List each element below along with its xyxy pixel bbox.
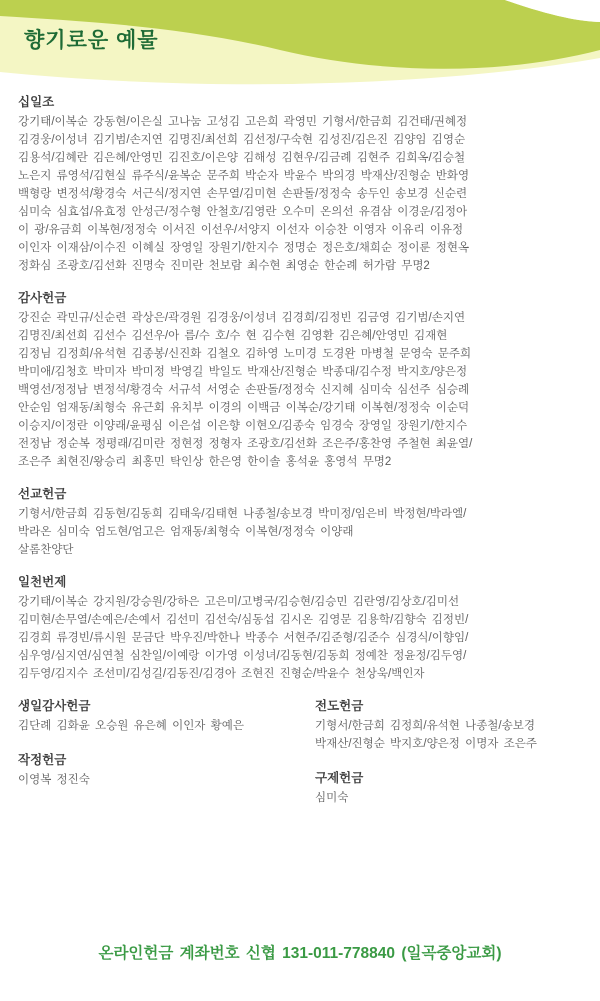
name-line: 이인자 이재삼/이수진 이혜실 장영일 장원기/한지수 정명순 정은호/채희순 … [18,239,582,257]
name-line: 이영복 정진숙 [18,771,315,789]
name-line: 안순임 엄재동/최형숙 유근회 유치부 이경의 이백금 이복순/강기태 이복현/… [18,399,582,417]
section-evangelism: 전도헌금 기형서/한금희 김정희/유석현 나종철/송보경박재산/진형순 박지호/… [315,699,582,753]
name-line: 정화심 조광호/김선화 진명숙 진미란 천보람 최수현 최영순 한순례 허가람 … [18,257,582,275]
bulletin-page: 향기로운 예물 십일조 강기태/이복순 강동현/이은실 고나눔 고성김 고은희 … [0,0,600,1001]
name-line: 조은주 최현진/왕승리 최홍민 탁인상 한은영 한이솔 홍석윤 홍영석 무명2 [18,453,582,471]
section-tithe: 십일조 강기태/이복순 강동현/이은실 고나눔 고성김 고은희 곽영민 기형서/… [18,95,582,275]
name-line: 기형서/한금희 김동현/김동희 김태욱/김태현 나종철/송보경 박미정/임은비 … [18,505,582,523]
name-line: 강기태/이복순 강동현/이은실 고나눔 고성김 고은희 곽영민 기형서/한금희 … [18,113,582,131]
name-line: 전정남 정순복 정평래/김미란 정현정 정형자 조광호/김선화 조은주/홍찬영 … [18,435,582,453]
bottom-two-column-area: 생일감사헌금 김단례 김화윤 오승원 유은혜 이인자 황예은 작정헌금 이영복 … [18,699,582,825]
name-line: 김두영/김지수 조선미/김성길/김동진/김경아 조현진 진형순/박윤수 천상욱/… [18,665,582,683]
name-line: 이승지/이정란 이양래/윤평심 이은섭 이은향 이현오/김종숙 임경숙 장영일 … [18,417,582,435]
name-line: 이 광/유금희 이복현/정정숙 이서진 이선우/서양지 이선자 이승찬 이영자 … [18,221,582,239]
section-thanksgiving-names: 강진순 곽민규/신순련 곽상은/곽경원 김경웅/이성녀 김경희/김정빈 김금영 … [18,309,582,471]
offerings-content: 십일조 강기태/이복순 강동현/이은실 고나눔 고성김 고은희 곽영민 기형서/… [0,95,600,825]
section-thanksgiving: 감사헌금 강진순 곽민규/신순련 곽상은/곽경원 김경웅/이성녀 김경희/김정빈… [18,291,582,471]
name-line: 심미숙 심효섭/유효정 안성근/정수형 안철호/김영란 오수미 온의선 유겸삼 … [18,203,582,221]
name-line: 김명진/최선희 김선수 김선우/아 름/수 호/수 현 김수현 김영환 김은혜/… [18,327,582,345]
section-mission-names: 기형서/한금희 김동현/김동희 김태욱/김태현 나종철/송보경 박미정/임은비 … [18,505,582,559]
name-line: 강진순 곽민규/신순련 곽상은/곽경원 김경웅/이성녀 김경희/김정빈 김금영 … [18,309,582,327]
section-pledge-names: 이영복 정진숙 [18,771,315,789]
section-thanksgiving-label: 감사헌금 [18,291,582,306]
section-evangelism-names: 기형서/한금희 김정희/유석현 나종철/송보경박재산/진형순 박지호/양은정 이… [315,717,582,753]
section-tithe-names: 강기태/이복순 강동현/이은실 고나눔 고성김 고은희 곽영민 기형서/한금희 … [18,113,582,275]
section-relief-names: 심미숙 [315,789,582,807]
name-line: 백형랑 변정석/황경숙 서근식/정지연 손무열/김미현 손판돌/정정숙 송두인 … [18,185,582,203]
page-title: 향기로운 예물 [24,24,159,54]
section-evangelism-label: 전도헌금 [315,699,582,714]
name-line: 박재산/진형순 박지호/양은정 이명자 조은주 [315,735,582,753]
section-pledge: 작정헌금 이영복 정진숙 [18,753,315,789]
section-birthday-label: 생일감사헌금 [18,699,315,714]
online-offering-account-line: 온라인헌금 계좌번호 신협 131-011-778840 (일곡중앙교회) [0,941,600,963]
section-thousand-offerings: 일천번제 강기태/이복순 강지원/강승원/강하은 고은미/고병국/김승현/김승민… [18,575,582,683]
name-line: 김정님 김정희/유석현 김종봉/신진화 김철오 김하영 노미경 도경완 마병철 … [18,345,582,363]
name-line: 김경희 류경빈/류시원 문금단 박우진/박한나 박종수 서현주/김준형/김준수 … [18,629,582,647]
name-line: 노은지 류영석/김현실 류주식/윤복순 문주희 박순자 박윤수 박의경 박재산/… [18,167,582,185]
section-birthday-names: 김단례 김화윤 오승원 유은혜 이인자 황예은 [18,717,315,735]
name-line: 살롬찬양단 [18,541,582,559]
section-birthday: 생일감사헌금 김단례 김화윤 오승원 유은혜 이인자 황예은 [18,699,315,735]
name-line: 강기태/이복순 강지원/강승원/강하은 고은미/고병국/김승현/김승민 김란영/… [18,593,582,611]
name-line: 심미숙 [315,789,582,807]
name-line: 김미현/손무열/손예은/손예서 김선미 김선숙/심동섭 김시온 김영문 김용학/… [18,611,582,629]
bottom-right-column: 전도헌금 기형서/한금희 김정희/유석현 나종철/송보경박재산/진형순 박지호/… [315,699,582,825]
name-line: 백영선/정정남 변정석/황경숙 서규석 서영순 손판돌/정정숙 신지혜 심미숙 … [18,381,582,399]
section-mission: 선교헌금 기형서/한금희 김동현/김동희 김태욱/김태현 나종철/송보경 박미정… [18,487,582,559]
name-line: 박미애/김청호 박미자 박미정 박영길 박일도 박재산/진형순 박종대/김수정 … [18,363,582,381]
name-line: 김경웅/이성녀 김기범/손지연 김명진/최선희 김선정/구숙현 김성진/김은진 … [18,131,582,149]
section-thousand-offerings-label: 일천번제 [18,575,582,590]
name-line: 김용석/김혜란 김은혜/안영민 김진호/이은양 김해성 김현우/김금례 김현주 … [18,149,582,167]
name-line: 김단례 김화윤 오승원 유은혜 이인자 황예은 [18,717,315,735]
name-line: 심우영/심지연/심연철 심찬일/이예랑 이가영 이성녀/김동현/김동희 정예찬 … [18,647,582,665]
section-pledge-label: 작정헌금 [18,753,315,768]
section-tithe-label: 십일조 [18,95,582,110]
section-thousand-offerings-names: 강기태/이복순 강지원/강승원/강하은 고은미/고병국/김승현/김승민 김란영/… [18,593,582,683]
name-line: 기형서/한금희 김정희/유석현 나종철/송보경 [315,717,582,735]
bottom-left-column: 생일감사헌금 김단례 김화윤 오승원 유은혜 이인자 황예은 작정헌금 이영복 … [18,699,315,825]
section-mission-label: 선교헌금 [18,487,582,502]
section-relief: 구제헌금 심미숙 [315,771,582,807]
section-relief-label: 구제헌금 [315,771,582,786]
header-banner: 향기로운 예물 [0,0,600,95]
name-line: 박라온 심미숙 엄도현/엄고은 엄재동/최형숙 이복현/정정숙 이양래 [18,523,582,541]
